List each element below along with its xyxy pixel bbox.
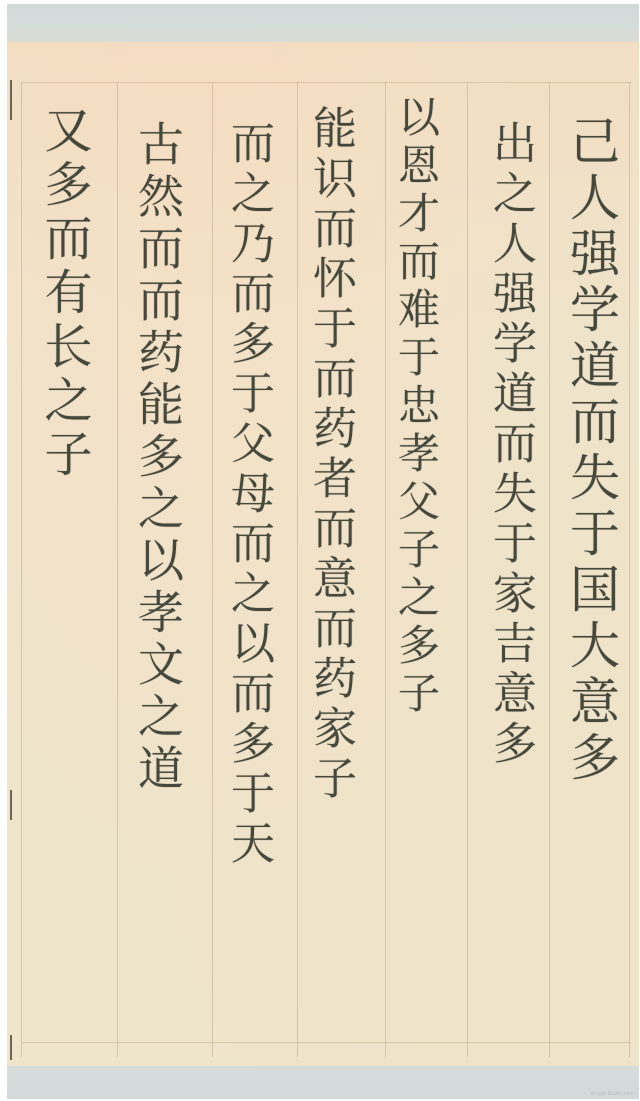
calligraphy-column-3: 以恩才而难于忠孝父子之多子 [395,95,437,719]
scroll-mount-bottom [7,1066,639,1099]
watermark: image.baidu.com [591,1091,634,1097]
column-divider [385,82,386,1057]
column-divider [212,82,213,1057]
column-divider [629,82,630,1057]
top-ruled-border [22,82,631,83]
column-divider [549,82,550,1057]
column-divider [117,82,118,1057]
calligraphy-column-6: 古然而而药能多之以孝文之道 [135,120,181,796]
column-divider [467,82,468,1057]
scroll-mount-top [7,4,639,44]
edge-ink-mark [10,790,12,820]
calligraphy-column-5: 而之乃而多于父母而之以而多于天 [226,120,270,870]
edge-ink-mark [10,1035,12,1060]
calligraphy-column-1: 己人强学道而失于国大意多 [566,115,616,787]
bottom-ruled-border [22,1042,631,1043]
edge-ink-mark [10,80,12,120]
column-divider [21,82,22,1057]
column-divider [297,82,298,1057]
calligraphy-column-4: 能识而怀于而药者而意而药家子 [308,105,352,805]
calligraphy-column-2: 出之人强学道而失于家吉意多 [488,120,532,770]
calligraphy-column-7: 又多而有长之子 [40,105,88,483]
